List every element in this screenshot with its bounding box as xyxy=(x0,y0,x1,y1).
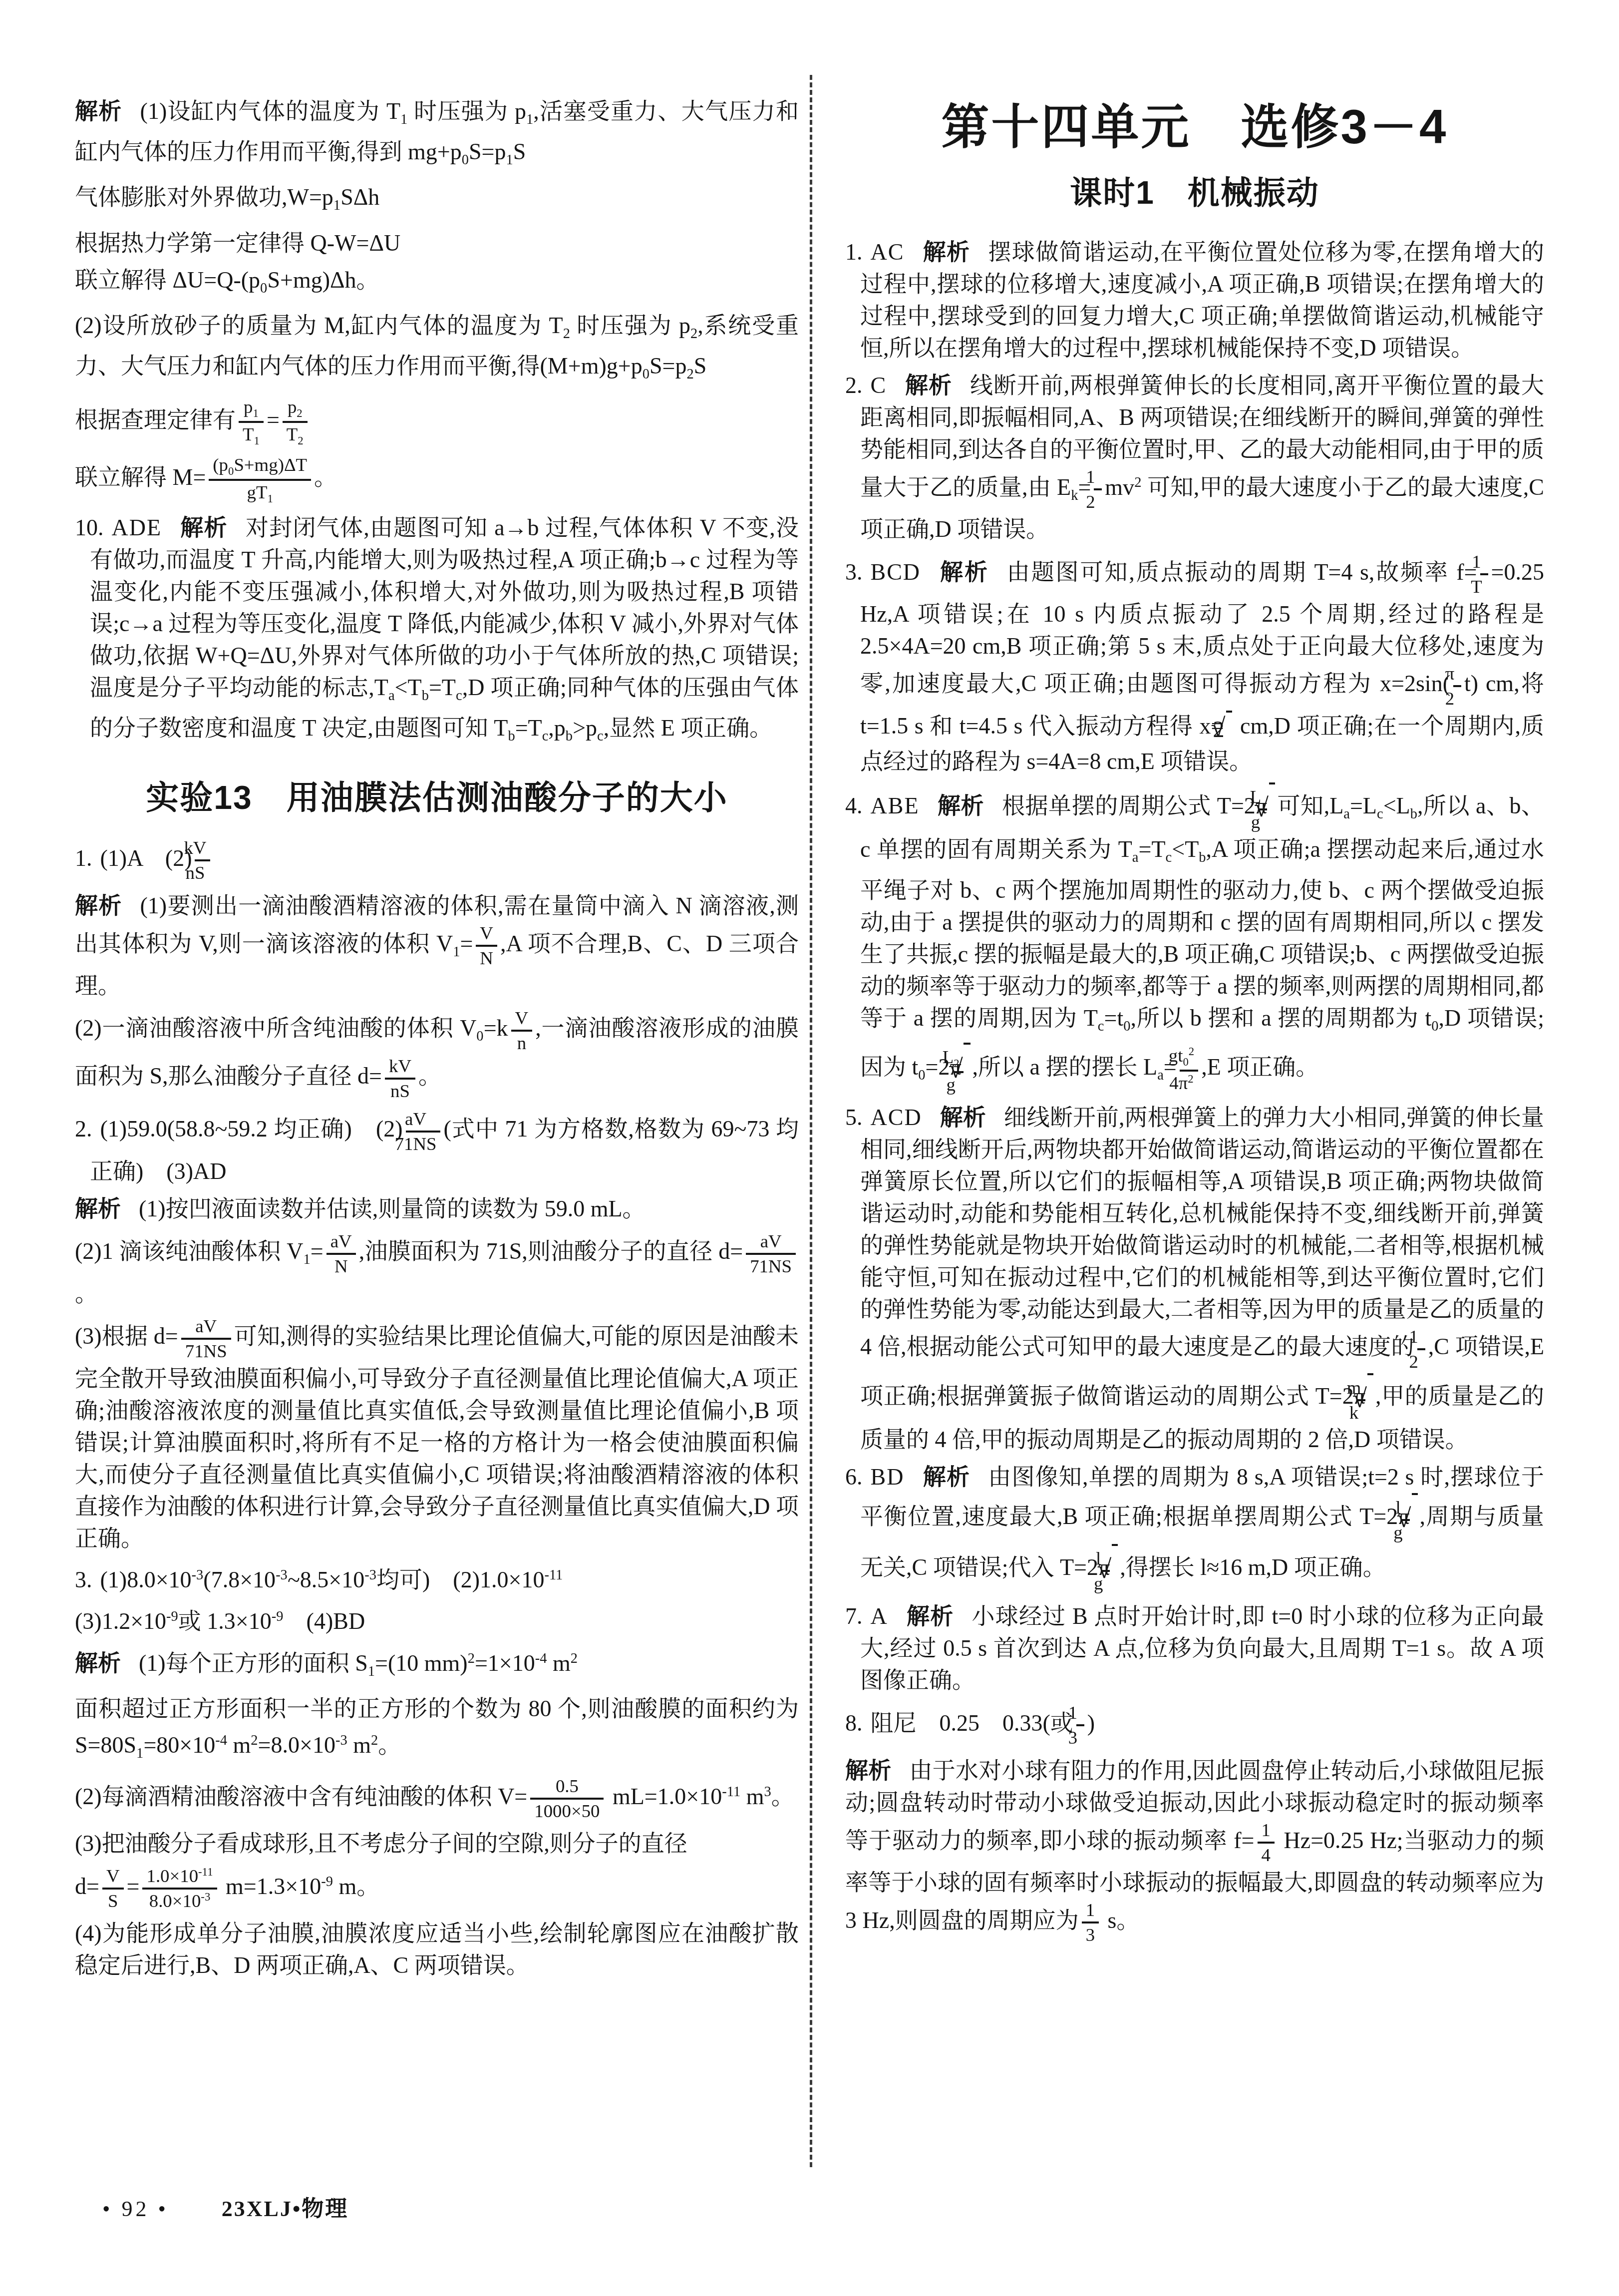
right-column: 第十四单元 选修3－4课时1 机械振动1.AC解析摆球做简谐运动,在平衡位置处位… xyxy=(845,90,1544,1951)
analysis-label: 解析 xyxy=(75,892,122,918)
body-paragraph: 联立解得 M=(p0S+mg)ΔTgT1。 xyxy=(75,453,799,506)
solution-item: 4.ABE解析根据单摆的周期公式 T=2πLg可知,La=Lc<Lb,所以 a、… xyxy=(845,782,1544,1096)
body-paragraph: 联立解得 ΔU=Q-(p0S+mg)Δh。 xyxy=(75,264,799,305)
page-number: • 92 • xyxy=(102,2197,169,2221)
paragraph-text: (1)59.0(58.8~59.2 均正确) (2)aV71NS(式中 71 为… xyxy=(90,1116,799,1183)
answer-line: 3.(1)8.0×10-3(7.8×10-3~8.5×10-3均可) (2)1.… xyxy=(75,1559,799,1596)
item-number: 7. xyxy=(845,1603,863,1629)
analysis-label: 解析 xyxy=(906,1603,954,1629)
item-answer: ABE xyxy=(871,793,920,818)
paragraph-text: (3)把油酸分子看成球形,且不考虑分子间的空隙,则分子的直径 xyxy=(75,1831,687,1856)
paragraph-text: (1)设缸内气体的温度为 T1 时压强为 p1,活塞受重力、大气压力和缸内气体的… xyxy=(75,98,799,164)
left-column: 解析(1)设缸内气体的温度为 T1 时压强为 p1,活塞受重力、大气压力和缸内气… xyxy=(75,90,799,1986)
item-answer: AC xyxy=(871,239,905,265)
answer-line: 1.(1)A (2)kVnS xyxy=(75,836,799,884)
paragraph-text: (3)1.2×10-9或 1.3×10-9 (4)BD xyxy=(75,1608,365,1634)
analysis-paragraph: 解析(1)设缸内气体的温度为 T1 时压强为 p1,活塞受重力、大气压力和缸内气… xyxy=(75,95,799,176)
lesson-heading: 课时1 机械振动 xyxy=(845,173,1544,213)
analysis-label: 解析 xyxy=(75,98,122,124)
analysis-label: 解析 xyxy=(938,792,984,818)
item-answer: ACD xyxy=(871,1105,922,1130)
paragraph-text: 气体膨胀对外界做功,W=p1SΔh xyxy=(75,184,379,210)
paragraph-text: 对封闭气体,由题图可知 a→b 过程,气体体积 V 不变,没有做功,而温度 T … xyxy=(90,515,799,741)
paragraph-text: 联立解得 ΔU=Q-(p0S+mg)Δh。 xyxy=(75,267,379,293)
body-paragraph: 根据热力学第一定律得 Q-W=ΔU xyxy=(75,227,799,259)
analysis-label: 解析 xyxy=(75,1650,121,1676)
paragraph-text: (1)每个正方形的面积 S1=(10 mm)2=1×10-4 m2 xyxy=(139,1650,578,1676)
item-answer: ADE xyxy=(112,515,162,540)
paragraph-text: (1)按凹液面读数并估读,则量筒的读数为 59.0 mL。 xyxy=(139,1196,646,1221)
answer-line: 8.阻尼 0.25 0.33(或13) xyxy=(845,1701,1544,1749)
solution-item: 5.ACD解析细线断开前,两根弹簧上的弹力大小相同,弹簧的伸长量相同,细线断开后… xyxy=(845,1101,1544,1456)
body-paragraph: (3)1.2×10-9或 1.3×10-9 (4)BD xyxy=(75,1601,799,1637)
item-number: 3. xyxy=(75,1567,92,1592)
paragraph-text: (2)一滴油酸溶液中所含纯油酸的体积 V0=kVn,一滴油酸溶液形成的油膜面积为… xyxy=(75,1015,799,1089)
body-paragraph: (2)设所放砂子的质量为 M,缸内气体的温度为 T2 时压强为 p2,系统受重力… xyxy=(75,310,799,390)
column-divider xyxy=(810,75,812,2167)
item-number: 2. xyxy=(75,1116,92,1142)
paragraph-text: 阻尼 0.25 0.33(或13) xyxy=(871,1710,1095,1736)
solution-item: 3.BCD解析由题图可知,质点振动的周期 T=4 s,故频率 f=1T=0.25… xyxy=(845,550,1544,777)
body-paragraph: 面积超过正方形面积一半的正方形的个数为 80 个,则油酸膜的面积约为 S=80S… xyxy=(75,1693,799,1770)
paragraph-text: (1)A (2)kVnS xyxy=(100,845,214,871)
analysis-label: 解析 xyxy=(940,1104,986,1130)
paragraph-text: (2)1 滴该纯油酸体积 V1=aVN,油膜面积为 71S,则油酸分子的直径 d… xyxy=(75,1238,799,1306)
answer-line: 2.(1)59.0(58.8~59.2 均正确) (2)aV71NS(式中 71… xyxy=(75,1108,799,1187)
edition-label: 23XLJ•物理 xyxy=(222,2197,349,2221)
section-heading: 实验13 用油膜法估测油酸分子的大小 xyxy=(75,776,799,818)
solution-item: 10.ADE解析对封闭气体,由题图可知 a→b 过程,气体体积 V 不变,没有做… xyxy=(75,511,799,753)
item-number: 10. xyxy=(75,515,104,540)
paragraph-text: (3)根据 d=aV71NS可知,测得的实验结果比理论值偏大,可能的原因是油酸未… xyxy=(75,1323,799,1550)
analysis-label: 解析 xyxy=(905,372,952,398)
body-paragraph: 根据查理定律有p1T1=p2T2 xyxy=(75,395,799,448)
item-number: 5. xyxy=(845,1105,863,1130)
analysis-paragraph: 解析(1)每个正方形的面积 S1=(10 mm)2=1×10-4 m2 xyxy=(75,1642,799,1688)
item-answer: A xyxy=(871,1603,888,1629)
paragraph-text: 根据单摆的周期公式 T=2πLg可知,La=Lc<Lb,所以 a、b、c 单摆的… xyxy=(860,793,1544,1080)
paragraph-text: 细线断开前,两根弹簧上的弹力大小相同,弹簧的伸长量相同,细线断开后,两物块都开始… xyxy=(860,1105,1544,1453)
answer-key-page: 解析(1)设缸内气体的温度为 T1 时压强为 p1,活塞受重力、大气压力和缸内气… xyxy=(0,0,1619,2296)
body-paragraph: (3)把油酸分子看成球形,且不考虑分子间的空隙,则分子的直径 xyxy=(75,1828,799,1860)
body-paragraph: d=VS=1.0×10-118.0×10-3 m=1.3×10-9 m。 xyxy=(75,1865,799,1913)
item-number: 1. xyxy=(75,845,92,871)
analysis-label: 解析 xyxy=(922,1464,970,1490)
paragraph-text: d=VS=1.0×10-118.0×10-3 m=1.3×10-9 m。 xyxy=(75,1874,379,1899)
item-answer: BCD xyxy=(871,559,921,585)
analysis-paragraph: 解析(1)按凹液面读数并估读,则量筒的读数为 59.0 mL。 xyxy=(75,1192,799,1225)
item-answer: BD xyxy=(871,1464,905,1490)
paragraph-text: (1)8.0×10-3(7.8×10-3~8.5×10-3均可) (2)1.0×… xyxy=(100,1567,563,1592)
solution-item: 6.BD解析由图像知,单摆的周期为 8 s,A 项错误;t=2 s 时,摆球位于… xyxy=(845,1461,1544,1595)
paragraph-text: 面积超过正方形面积一半的正方形的个数为 80 个,则油酸膜的面积约为 S=80S… xyxy=(75,1696,799,1758)
solution-item: 7.A解析小球经过 B 点时开始计时,即 t=0 时小球的位移为正向最大,经过 … xyxy=(845,1600,1544,1696)
analysis-label: 解析 xyxy=(922,239,970,265)
body-paragraph: 气体膨胀对外界做功,W=p1SΔh xyxy=(75,181,799,222)
body-paragraph: (2)1 滴该纯油酸体积 V1=aVN,油膜面积为 71S,则油酸分子的直径 d… xyxy=(75,1230,799,1310)
paragraph-text: (1)要测出一滴油酸酒精溶液的体积,需在量筒中滴入 N 滴溶液,测出其体积为 V… xyxy=(75,893,799,998)
item-number: 4. xyxy=(845,793,863,818)
analysis-label: 解析 xyxy=(75,1195,121,1221)
body-paragraph: (2)一滴油酸溶液中所含纯油酸的体积 V0=kVn,一滴油酸溶液形成的油膜面积为… xyxy=(75,1007,799,1103)
item-number: 1. xyxy=(845,239,863,265)
item-answer: C xyxy=(871,373,887,398)
paragraph-text: 线断开前,两根弹簧伸长的长度相同,离开平衡位置的最大距离相同,即振幅相同,A、B… xyxy=(860,373,1544,542)
paragraph-text: 联立解得 M=(p0S+mg)ΔTgT1。 xyxy=(75,464,337,490)
item-number: 2. xyxy=(845,373,863,398)
paragraph-text: (2)设所放砂子的质量为 M,缸内气体的温度为 T2 时压强为 p2,系统受重力… xyxy=(75,313,799,379)
solution-item: 1.AC解析摆球做简谐运动,在平衡位置处位移为零,在摆角增大的过程中,摆球的位移… xyxy=(845,236,1544,364)
analysis-label: 解析 xyxy=(939,559,989,585)
body-paragraph: (4)为能形成单分子油膜,油膜浓度应适当小些,绘制轮廓图应在油酸扩散稳定后进行,… xyxy=(75,1917,799,1981)
paragraph-text: (2)每滴酒精油酸溶液中含有纯油酸的体积 V=0.51000×50 mL=1.0… xyxy=(75,1784,794,1809)
paragraph-text: (4)为能形成单分子油膜,油膜浓度应适当小些,绘制轮廓图应在油酸扩散稳定后进行,… xyxy=(75,1920,799,1978)
analysis-paragraph: 解析由于水对小球有阻力的作用,因此圆盘停止转动后,小球做阻尼振动;圆盘转动时带动… xyxy=(845,1754,1544,1946)
item-number: 8. xyxy=(845,1710,863,1736)
analysis-label: 解析 xyxy=(180,514,228,540)
paragraph-text: 小球经过 B 点时开始计时,即 t=0 时小球的位移为正向最大,经过 0.5 s… xyxy=(860,1603,1544,1693)
analysis-paragraph: 解析(1)要测出一滴油酸酒精溶液的体积,需在量筒中滴入 N 滴溶液,测出其体积为… xyxy=(75,889,799,1002)
paragraph-text: 根据查理定律有p1T1=p2T2 xyxy=(75,407,311,432)
paragraph-text: 由题图可知,质点振动的周期 T=4 s,故频率 f=1T=0.25 Hz,A 项… xyxy=(860,559,1544,774)
unit-heading: 第十四单元 选修3－4 xyxy=(845,100,1544,155)
body-paragraph: (3)根据 d=aV71NS可知,测得的实验结果比理论值偏大,可能的原因是油酸未… xyxy=(75,1315,799,1554)
body-paragraph: (2)每滴酒精油酸溶液中含有纯油酸的体积 V=0.51000×50 mL=1.0… xyxy=(75,1775,799,1823)
page-footer: • 92 • 23XLJ•物理 xyxy=(102,2196,348,2222)
analysis-label: 解析 xyxy=(845,1757,891,1783)
solution-item: 2.C解析线断开前,两根弹簧伸长的长度相同,离开平衡位置的最大距离相同,即振幅相… xyxy=(845,369,1544,545)
item-number: 3. xyxy=(845,559,863,585)
paragraph-text: 根据热力学第一定律得 Q-W=ΔU xyxy=(75,230,400,256)
item-number: 6. xyxy=(845,1464,863,1490)
paragraph-text: 由于水对小球有阻力的作用,因此圆盘停止转动后,小球做阻尼振动;圆盘转动时带动小球… xyxy=(845,1758,1544,1933)
